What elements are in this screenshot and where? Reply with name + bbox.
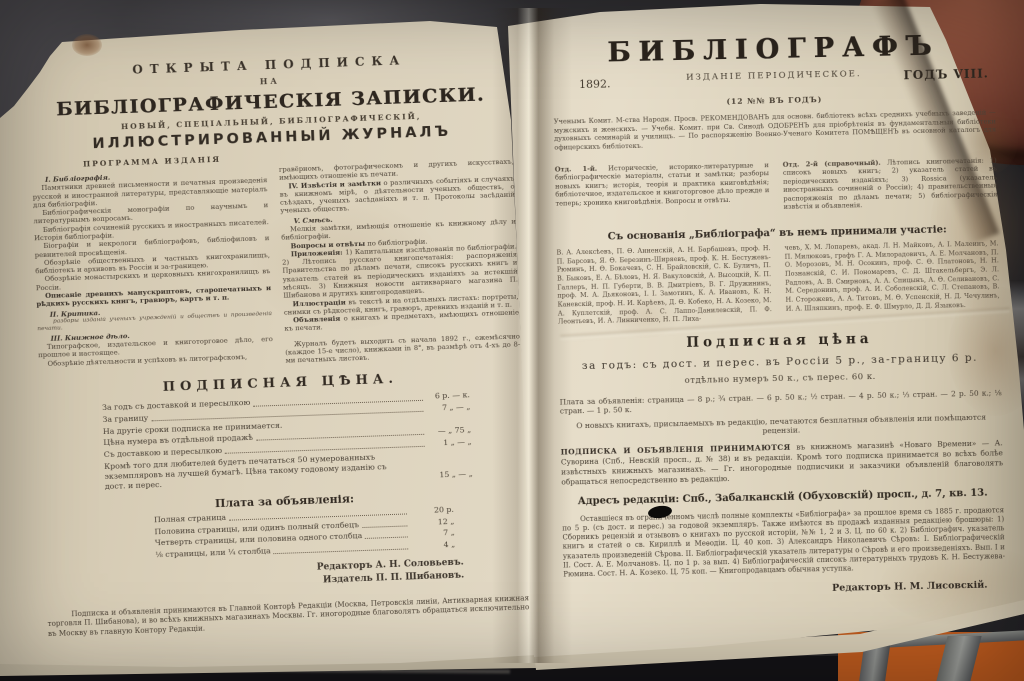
dotted-leader bbox=[362, 525, 407, 528]
dotted-leader bbox=[365, 537, 408, 539]
price-row-value: 20 р. bbox=[410, 505, 454, 517]
price-row-value: 1 „ — „ bbox=[427, 437, 471, 449]
book-photo: ОТКРЫТА ПОДПИСКА НА БИБЛІОГРАФИЧЕСКІЯ ЗА… bbox=[0, 0, 1024, 681]
ads-price-table: Полная страница 20 р. Половина страницы,… bbox=[154, 505, 455, 560]
right-ads-line: Плата за объявленія: страница — 8 р.; ¾ … bbox=[560, 388, 1002, 415]
stain-spot bbox=[72, 34, 102, 56]
subscription-paragraph: ПОДПИСКА И ОБЪЯВЛЕНІЯ ПРИНИМАЮТСЯ въ кни… bbox=[561, 438, 1004, 487]
dotted-leader bbox=[408, 479, 426, 480]
right-price-line2: отдѣльно нумеръ 50 к., съ перес. 60 к. bbox=[559, 369, 1001, 388]
volume-label: ГОДЪ VIII. bbox=[903, 66, 989, 82]
subscription-price-table: За годъ съ доставкой и пересылкою 6 р. —… bbox=[102, 391, 473, 492]
backlist-paragraph: Оставшіеся въ ограниченномъ числѣ полные… bbox=[562, 506, 1005, 580]
department-2: Отд. 2-й (справочный). Лѣтопись книгопеч… bbox=[783, 156, 998, 211]
free-ads-line: О новыхъ книгахъ, присылаемыхъ въ редакц… bbox=[560, 412, 1002, 439]
left-page-content: ОТКРЫТА ПОДПИСКА НА БИБЛІОГРАФИЧЕСКІЯ ЗА… bbox=[28, 50, 530, 639]
price-row-label: За границу bbox=[102, 414, 148, 426]
dotted-leader bbox=[274, 548, 408, 554]
price-row-value: — „ 75 „ bbox=[427, 426, 471, 438]
program-item: Журналъ будетъ выходить съ начала 1892 г… bbox=[285, 332, 521, 365]
program-item: Приложенія: 1) Капитальныя изслѣдованія … bbox=[282, 242, 519, 300]
right-price-line1: за годъ: съ дост. и перес. въ Россіи 5 р… bbox=[559, 351, 1001, 372]
right-price-heading: Подписная цѣна bbox=[558, 328, 1000, 353]
department-1: Отд. 1-й. Историческіе, историко-литерат… bbox=[555, 161, 770, 216]
participants-columns: В. А. Алексѣевъ, П. Ѳ. Анненскій, А. Н. … bbox=[556, 239, 1000, 326]
program-item: IV. Извѣстія и замѣтки о различныхъ собы… bbox=[279, 174, 515, 215]
participants-column-1: В. А. Алексѣевъ, П. Ѳ. Анненскій, А. Н. … bbox=[556, 244, 772, 326]
participants-column-2: чевъ, Х. М. Лопаревъ, акад. Л. Н. Майков… bbox=[784, 239, 1000, 321]
price-row-value: 4 „ bbox=[411, 540, 455, 552]
issues-per-year: (12 №№ ВЪ ГОДЪ) bbox=[553, 91, 995, 109]
departments-row: Отд. 1-й. Историческіе, историко-литерат… bbox=[555, 150, 998, 223]
endorsements-paragraph: Ученымъ Комит. М-ства Народн. Просв. РЕК… bbox=[554, 108, 997, 151]
price-row-value: 15 „ — „ bbox=[428, 469, 472, 481]
program-column-1: I. Библіографія. Памятники древней письм… bbox=[32, 166, 274, 374]
price-row-label: ⅛ страницы, или ¼ столбца bbox=[155, 546, 271, 560]
price-row-value: 7 „ bbox=[411, 528, 455, 540]
editorial-address: Адресъ редакціи: Спб., Забалканскій (Обу… bbox=[562, 487, 1004, 507]
price-row-value: 12 „ bbox=[410, 516, 454, 528]
price-row-label: Полная страница bbox=[154, 513, 226, 526]
masthead-row: 1892. ИЗДАНІЕ ПЕРІОДИЧЕСКОЕ. ГОДЪ VIII. bbox=[553, 66, 995, 93]
price-row-value: 6 р. — к. bbox=[426, 391, 470, 403]
price-row-value: 7 „ — „ bbox=[426, 402, 470, 414]
program-columns: I. Библіографія. Памятники древней письм… bbox=[32, 158, 521, 374]
imprint-block: Редакторъ А. Н. Соловьевъ. Издатель П. П… bbox=[46, 554, 529, 598]
right-page-content: БИБЛІОГРАФЪ 1892. ИЗДАНІЕ ПЕРІОДИЧЕСКОЕ.… bbox=[552, 29, 1006, 600]
program-item-text: Журналъ будетъ выходить съ начала 1892 г… bbox=[285, 332, 520, 365]
program-column-2: гравёрномъ, фотографическомъ и другихъ и… bbox=[279, 158, 521, 366]
